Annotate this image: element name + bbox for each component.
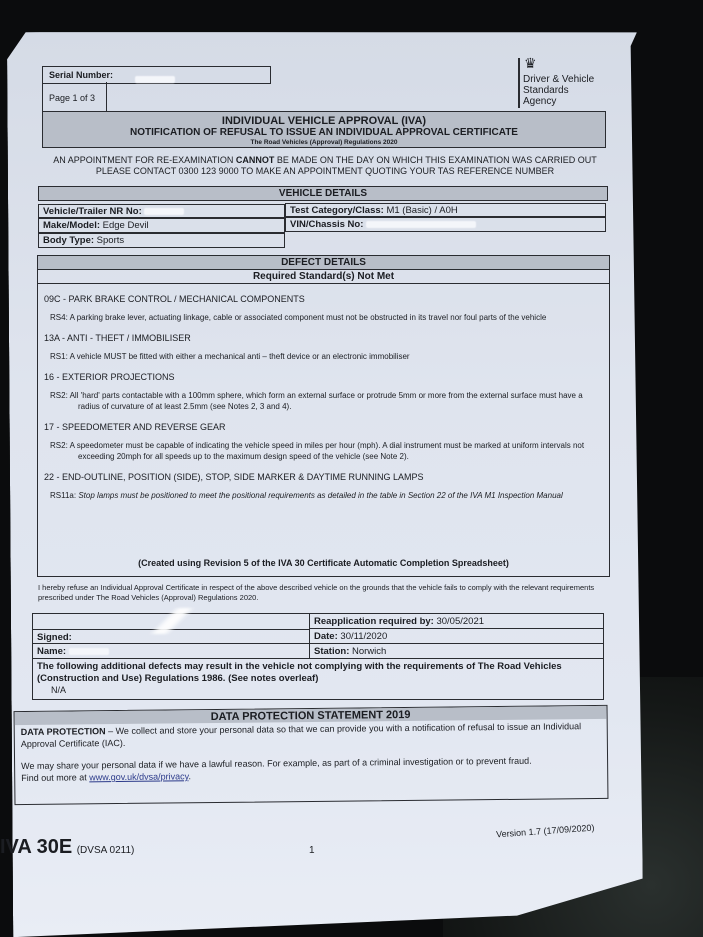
agency-line-2: Standards bbox=[523, 85, 594, 96]
signoff-box: Reapplication required by: 30/05/2021 Si… bbox=[32, 613, 604, 700]
title-line-1: INDIVIDUAL VEHICLE APPROVAL (IVA) bbox=[43, 115, 605, 127]
defect-item: 17 - SPEEDOMETER AND REVERSE GEARRS2: A … bbox=[44, 422, 601, 462]
defect-section-title: 17 - SPEEDOMETER AND REVERSE GEAR bbox=[44, 422, 601, 432]
requirement-text: Stop lamps must be positioned to meet th… bbox=[78, 491, 562, 500]
notice-line-1: AN APPOINTMENT FOR RE-EXAMINATION CANNOT… bbox=[25, 155, 625, 166]
page-label: Page 1 of 3 bbox=[49, 93, 95, 103]
test-category-row: Test Category/Class: M1 (Basic) / A0H bbox=[285, 203, 606, 217]
body-type-row: Body Type: Sports bbox=[38, 233, 285, 248]
serial-number-label: Serial Number: bbox=[49, 70, 113, 80]
agency-line-1: Driver & Vehicle bbox=[523, 74, 594, 85]
page-number: 1 bbox=[309, 845, 315, 856]
data-protection-para-1: DATA PROTECTION – We collect and store y… bbox=[21, 720, 599, 750]
data-protection-box: DATA PROTECTION STATEMENT 2019 DATA PROT… bbox=[14, 705, 609, 805]
title-line-3: The Road Vehicles (Approval) Regulations… bbox=[43, 139, 605, 146]
defect-item: 22 - END-OUTLINE, POSITION (SIDE), STOP,… bbox=[44, 472, 601, 501]
requirement-code: RS11a: bbox=[50, 491, 78, 500]
royal-crest-icon: ♛ bbox=[524, 56, 537, 70]
defect-section-title: 13A - ANTI - THEFT / IMMOBILISER bbox=[44, 333, 601, 343]
notice-line-2: PLEASE CONTACT 0300 123 9000 TO MAKE AN … bbox=[25, 166, 625, 177]
defect-item: 16 - EXTERIOR PROJECTIONSRS2: All 'hard'… bbox=[44, 372, 601, 412]
declaration-text: I hereby refuse an Individual Approval C… bbox=[38, 583, 598, 603]
defect-details-box: DEFECT DETAILS Required Standard(s) Not … bbox=[37, 255, 610, 577]
defect-section-title: 09C - PARK BRAKE CONTROL / MECHANICAL CO… bbox=[44, 294, 601, 304]
appointment-notice: AN APPOINTMENT FOR RE-EXAMINATION CANNOT… bbox=[25, 155, 625, 177]
additional-defects-value: N/A bbox=[51, 685, 66, 695]
requirement-code: RS2: bbox=[50, 441, 70, 450]
serial-number-value-redacted bbox=[135, 71, 175, 89]
defect-details-heading: DEFECT DETAILS bbox=[38, 256, 609, 270]
defect-requirement: RS2: A speedometer must be capable of in… bbox=[44, 440, 601, 462]
vin-row: VIN/Chassis No: bbox=[285, 217, 606, 232]
vehicle-nr-row: Vehicle/Trailer NR No: bbox=[38, 204, 285, 218]
requirement-code: RS1: bbox=[50, 352, 70, 361]
defect-footer: (Created using Revision 5 of the IVA 30 … bbox=[38, 558, 609, 568]
iva-refusal-document: Serial Number: Page 1 of 3 ♛ Driver & Ve… bbox=[0, 0, 703, 937]
requirement-code: RS2: bbox=[50, 391, 70, 400]
title-line-2: NOTIFICATION OF REFUSAL TO ISSUE AN INDI… bbox=[43, 127, 605, 138]
requirement-text: All 'hard' parts contactable with a 100m… bbox=[70, 391, 583, 411]
agency-name: Driver & Vehicle Standards Agency bbox=[523, 74, 594, 107]
defect-item: 09C - PARK BRAKE CONTROL / MECHANICAL CO… bbox=[44, 294, 601, 323]
date-cell: Date: 30/11/2020 bbox=[309, 629, 603, 644]
defect-details-subheading: Required Standard(s) Not Met bbox=[38, 270, 609, 284]
signature-redaction bbox=[148, 608, 196, 634]
requirement-text: A speedometer must be capable of indicat… bbox=[70, 441, 585, 461]
privacy-link[interactable]: www.gov.uk/dvsa/privacy bbox=[89, 771, 188, 782]
requirement-text: A vehicle MUST be fitted with either a m… bbox=[70, 352, 410, 361]
data-protection-para-2: We may share your personal data if we ha… bbox=[21, 754, 599, 784]
additional-defects-text: The following additional defects may res… bbox=[37, 661, 597, 685]
logo-divider bbox=[518, 58, 520, 108]
defect-section-title: 16 - EXTERIOR PROJECTIONS bbox=[44, 372, 601, 382]
station-cell: Station: Norwich bbox=[309, 644, 603, 659]
name-cell: Name: bbox=[33, 644, 309, 659]
defect-item: 13A - ANTI - THEFT / IMMOBILISERRS1: A v… bbox=[44, 333, 601, 362]
make-model-row: Make/Model: Edge Devil bbox=[38, 218, 285, 233]
title-block: INDIVIDUAL VEHICLE APPROVAL (IVA) NOTIFI… bbox=[42, 111, 606, 148]
version-text: Version 1.7 (17/09/2020) bbox=[496, 823, 595, 840]
defect-requirement: RS11a: Stop lamps must be positioned to … bbox=[44, 490, 601, 501]
vehicle-details-heading: VEHICLE DETAILS bbox=[38, 186, 608, 201]
defect-section-title: 22 - END-OUTLINE, POSITION (SIDE), STOP,… bbox=[44, 472, 601, 482]
form-code: IVA 30E (DVSA 0211) bbox=[0, 836, 134, 859]
agency-line-3: Agency bbox=[523, 96, 594, 107]
requirement-text: A parking brake lever, actuating linkage… bbox=[70, 313, 547, 322]
defect-requirement: RS4: A parking brake lever, actuating li… bbox=[44, 312, 601, 323]
reapplication-cell: Reapplication required by: 30/05/2021 bbox=[309, 614, 603, 629]
defect-list: 09C - PARK BRAKE CONTROL / MECHANICAL CO… bbox=[44, 294, 601, 511]
requirement-code: RS4: bbox=[50, 313, 70, 322]
defect-requirement: RS2: All 'hard' parts contactable with a… bbox=[44, 390, 601, 412]
defect-requirement: RS1: A vehicle MUST be fitted with eithe… bbox=[44, 351, 601, 362]
